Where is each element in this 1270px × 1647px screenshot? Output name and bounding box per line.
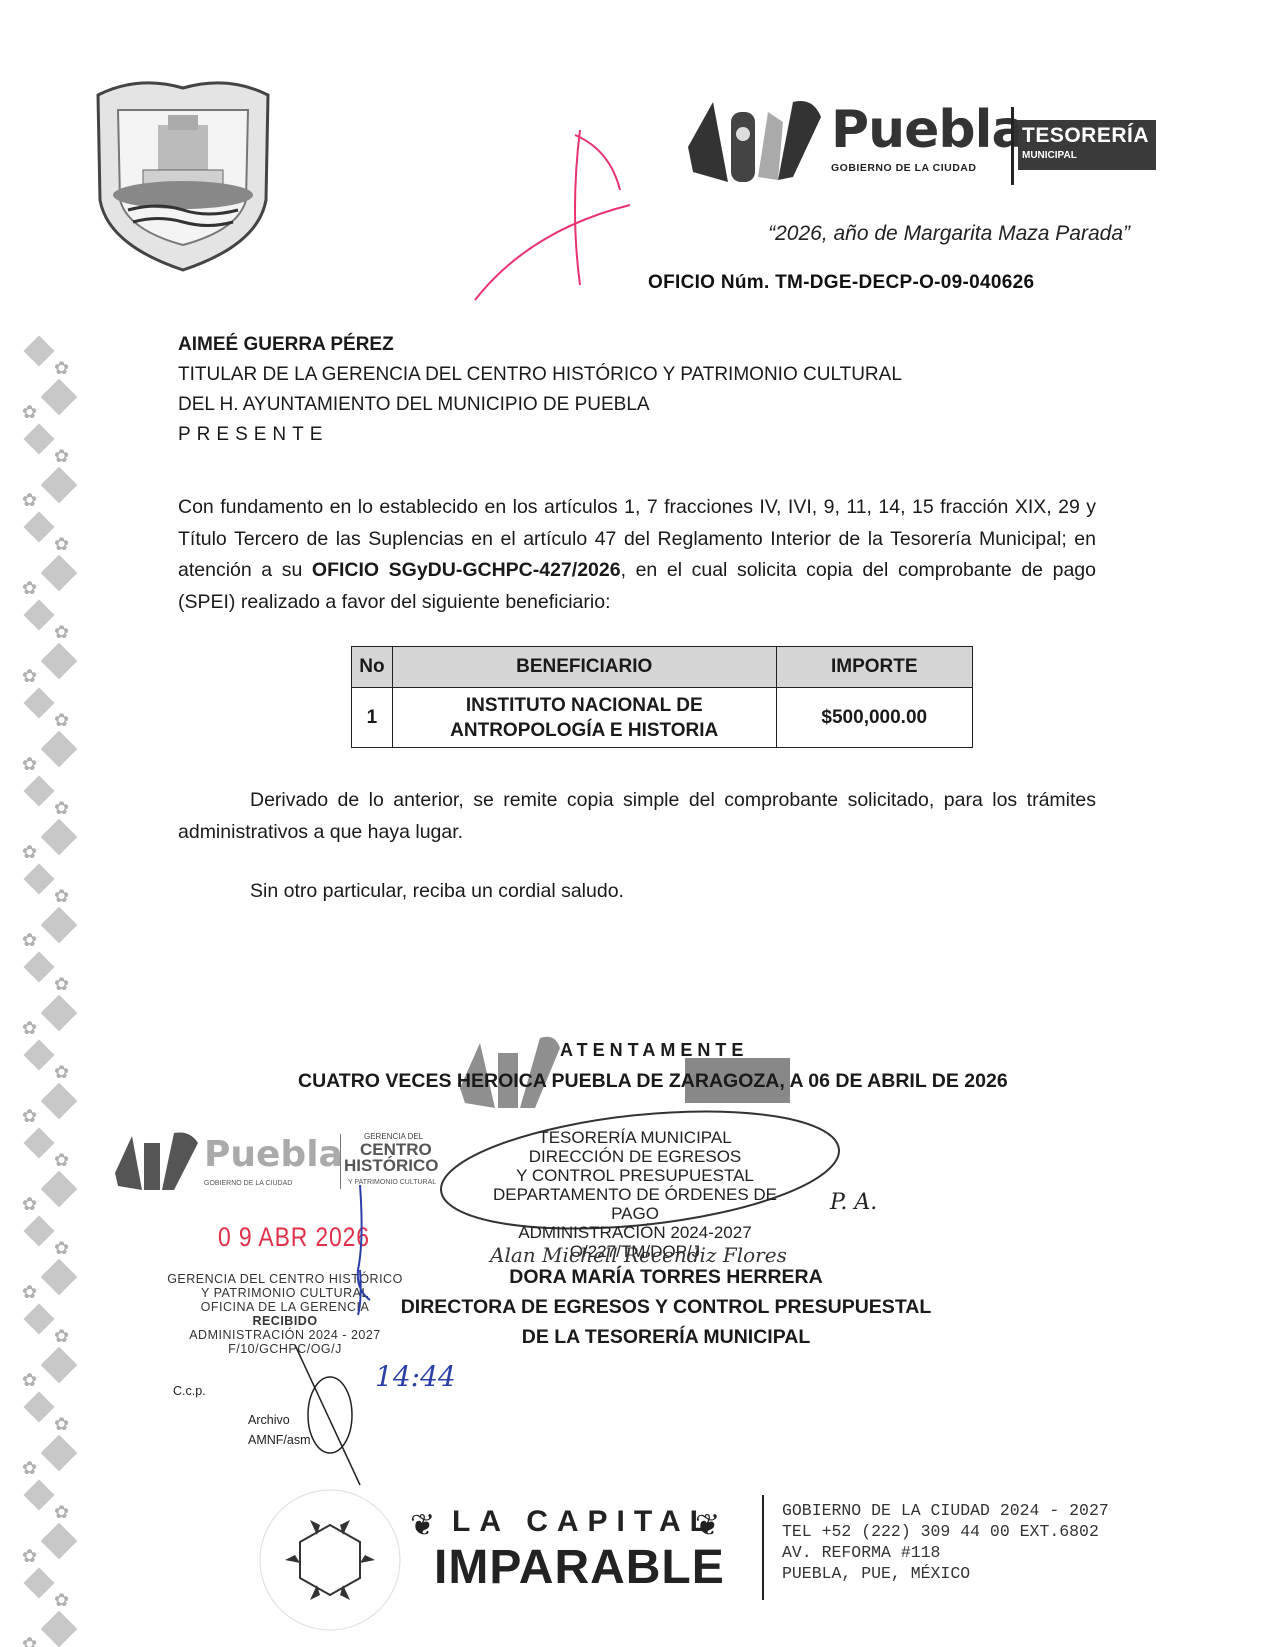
ccp-label: C.c.p. bbox=[173, 1384, 206, 1398]
puebla-city-emblem-icon bbox=[683, 92, 823, 187]
ornament-leaf-icon: ✿ bbox=[54, 534, 69, 555]
beneficiario-line1: INSTITUTO NACIONAL DE bbox=[393, 693, 776, 718]
footer-address: GOBIERNO DE LA CIUDAD 2024 - 2027 TEL +5… bbox=[782, 1500, 1109, 1584]
egresos-stamp-line: TESORERÍA MUNICIPAL bbox=[470, 1128, 800, 1147]
beneficiario-line2: ANTROPOLOGÍA E HISTORIA bbox=[393, 718, 776, 743]
slogan-line1: LA CAPITAL bbox=[452, 1505, 717, 1539]
ornament-diamond bbox=[23, 423, 54, 454]
ornament-diamond bbox=[41, 1435, 78, 1472]
logo-divider bbox=[1011, 107, 1014, 185]
column-header-beneficiario: BENEFICIARIO bbox=[392, 647, 776, 688]
ornament-diamond bbox=[23, 687, 54, 718]
puebla-emblem-icon bbox=[112, 1128, 202, 1193]
recipient-title-line1: TITULAR DE LA GERENCIA DEL CENTRO HISTÓR… bbox=[178, 360, 902, 390]
ornament-leaf-icon: ✿ bbox=[54, 1590, 69, 1611]
ornament-diamond bbox=[41, 1523, 78, 1560]
egresos-stamp-line: Y CONTROL PRESUPUESTAL bbox=[470, 1166, 800, 1185]
ornament-leaf-icon: ✿ bbox=[22, 1106, 37, 1127]
egresos-stamp-line: DIRECCIÓN DE EGRESOS bbox=[470, 1147, 800, 1166]
ornament-diamond bbox=[23, 775, 54, 806]
ornament-diamond bbox=[41, 467, 78, 504]
beneficiary-table: No BENEFICIARIO IMPORTE 1 INSTITUTO NACI… bbox=[351, 646, 973, 748]
ornament-diamond bbox=[41, 819, 78, 856]
municipal-seal-icon bbox=[88, 70, 278, 275]
ornament-leaf-icon: ✿ bbox=[22, 842, 37, 863]
norma-igualdad-seal-icon: Norma Mexicana en Igualdad Laboral y No … bbox=[255, 1485, 405, 1635]
egresos-stamp-line: DEPARTAMENTO DE ÓRDENES DE PAGO bbox=[470, 1185, 800, 1223]
left-wing-icon: ❦ bbox=[410, 1508, 435, 1543]
referenced-oficio: OFICIO SGyDU-GCHPC-427/2026 bbox=[312, 559, 621, 581]
ornament-leaf-icon: ✿ bbox=[22, 1634, 37, 1647]
signer-title-line1: DIRECTORA DE EGRESOS Y CONTROL PRESUPUES… bbox=[396, 1292, 936, 1322]
ornament-diamond bbox=[23, 1127, 54, 1158]
logo-subtitle: GOBIERNO DE LA CIUDAD bbox=[831, 162, 976, 174]
column-header-importe: IMPORTE bbox=[776, 647, 972, 688]
footer-address-line: TEL +52 (222) 309 44 00 EXT.6802 bbox=[782, 1521, 1109, 1542]
ornament-diamond bbox=[23, 1479, 54, 1510]
ornament-leaf-icon: ✿ bbox=[54, 1150, 69, 1171]
recipient-title-line2: DEL H. AYUNTAMIENTO DEL MUNICIPIO DE PUE… bbox=[178, 390, 902, 420]
ornament-diamond bbox=[41, 1083, 78, 1120]
ornament-diamond bbox=[23, 1391, 54, 1422]
ornament-diamond bbox=[23, 1303, 54, 1334]
recipient-block: AIMEÉ GUERRA PÉREZ TITULAR DE LA GERENCI… bbox=[178, 330, 902, 450]
pa-note: P. A. bbox=[830, 1190, 877, 1215]
ornament-diamond bbox=[23, 1567, 54, 1598]
decorative-border: ✿✿✿✿✿✿✿✿✿✿✿✿✿✿✿✿✿✿✿✿✿✿✿✿✿✿✿✿✿✿ bbox=[18, 340, 74, 1640]
tesoreria-label: TESORERÍA bbox=[1022, 124, 1149, 148]
year-motto: “2026, año de Margarita Maza Parada” bbox=[768, 222, 1130, 246]
recipient-name: AIMEÉ GUERRA PÉREZ bbox=[178, 330, 902, 360]
ornament-diamond bbox=[41, 1171, 78, 1208]
ornament-leaf-icon: ✿ bbox=[54, 1326, 69, 1347]
cell-beneficiario: INSTITUTO NACIONAL DE ANTROPOLOGÍA E HIS… bbox=[392, 688, 776, 748]
ornament-leaf-icon: ✿ bbox=[54, 974, 69, 995]
footer-address-line: PUEBLA, PUE, MÉXICO bbox=[782, 1563, 1109, 1584]
ornament-leaf-icon: ✿ bbox=[22, 1370, 37, 1391]
ornament-leaf-icon: ✿ bbox=[54, 622, 69, 643]
ornament-diamond bbox=[23, 1039, 54, 1070]
table-header-row: No BENEFICIARIO IMPORTE bbox=[352, 647, 973, 688]
ornament-diamond bbox=[23, 863, 54, 894]
blue-ink-stroke bbox=[350, 1180, 390, 1320]
ornament-leaf-icon: ✿ bbox=[54, 886, 69, 907]
ornament-leaf-icon: ✿ bbox=[22, 402, 37, 423]
intro-paragraph: Con fundamento en lo establecido en los … bbox=[178, 492, 1096, 618]
ornament-leaf-icon: ✿ bbox=[54, 358, 69, 379]
footer-address-line: AV. REFORMA #118 bbox=[782, 1542, 1109, 1563]
ornament-leaf-icon: ✿ bbox=[22, 666, 37, 687]
la-capital-imparable-logo: ❦ LA CAPITAL ❦ IMPARABLE bbox=[410, 1500, 740, 1600]
ornament-leaf-icon: ✿ bbox=[54, 798, 69, 819]
remittance-paragraph: Derivado de lo anterior, se remite copia… bbox=[178, 785, 1096, 848]
ornament-diamond bbox=[41, 1611, 78, 1647]
gerencia-logo-wordmark: Puebla bbox=[204, 1134, 343, 1175]
egresos-stamp-line: ADMINISTRACIÓN 2024-2027 bbox=[470, 1223, 800, 1242]
ornament-leaf-icon: ✿ bbox=[54, 446, 69, 467]
logo-wordmark: Puebla bbox=[831, 100, 1026, 160]
puebla-tesoreria-logo: Puebla GOBIERNO DE LA CIUDAD TESORERÍA M… bbox=[683, 92, 1153, 187]
column-header-no: No bbox=[352, 647, 393, 688]
ornament-diamond bbox=[41, 995, 78, 1032]
ornament-diamond bbox=[23, 1215, 54, 1246]
ornament-leaf-icon: ✿ bbox=[22, 1194, 37, 1215]
ornament-diamond bbox=[23, 599, 54, 630]
signer-title-line2: DE LA TESORERÍA MUNICIPAL bbox=[396, 1322, 936, 1352]
slogan-line2: IMPARABLE bbox=[434, 1540, 725, 1595]
ornament-diamond bbox=[23, 511, 54, 542]
cell-no: 1 bbox=[352, 688, 393, 748]
ornament-leaf-icon: ✿ bbox=[22, 1458, 37, 1479]
ornament-leaf-icon: ✿ bbox=[22, 930, 37, 951]
ornament-diamond bbox=[23, 335, 54, 366]
egresos-stamp: TESORERÍA MUNICIPAL DIRECCIÓN DE EGRESOS… bbox=[470, 1128, 800, 1261]
footer-divider bbox=[762, 1495, 764, 1600]
ornament-leaf-icon: ✿ bbox=[54, 1238, 69, 1259]
ornament-leaf-icon: ✿ bbox=[54, 1414, 69, 1435]
ornament-diamond bbox=[23, 951, 54, 982]
received-date-stamp: 0 9 ABR 2026 bbox=[218, 1222, 370, 1253]
atentamente-label: ATENTAMENTE bbox=[560, 1040, 748, 1061]
ornament-diamond bbox=[41, 1347, 78, 1384]
ornament-diamond bbox=[41, 731, 78, 768]
initials-scribble bbox=[290, 1340, 370, 1490]
ornament-leaf-icon: ✿ bbox=[54, 1502, 69, 1523]
ornament-leaf-icon: ✿ bbox=[54, 1062, 69, 1083]
table-row: 1 INSTITUTO NACIONAL DE ANTROPOLOGÍA E H… bbox=[352, 688, 973, 748]
ornament-diamond bbox=[41, 1259, 78, 1296]
closing-paragraph: Sin otro particular, reciba un cordial s… bbox=[178, 876, 1096, 908]
gerencia-logo-divider bbox=[340, 1134, 341, 1189]
gerencia-centro-historico-logo: Puebla GOBIERNO DE LA CIUDAD GERENCIA DE… bbox=[112, 1128, 462, 1198]
ornament-leaf-icon: ✿ bbox=[22, 754, 37, 775]
signer-block: DORA MARÍA TORRES HERRERA DIRECTORA DE E… bbox=[396, 1262, 936, 1352]
handwritten-initial-mark bbox=[470, 110, 670, 310]
received-line: F/10/GCHPC/OG/J bbox=[160, 1342, 410, 1356]
presente-label: PRESENTE bbox=[178, 420, 902, 450]
municipal-label: MUNICIPAL bbox=[1022, 150, 1077, 161]
ornament-diamond bbox=[41, 555, 78, 592]
cell-importe: $500,000.00 bbox=[776, 688, 972, 748]
ornament-leaf-icon: ✿ bbox=[22, 1018, 37, 1039]
ornament-diamond bbox=[41, 907, 78, 944]
ornament-leaf-icon: ✿ bbox=[22, 578, 37, 599]
ornament-leaf-icon: ✿ bbox=[54, 710, 69, 731]
ornament-diamond bbox=[41, 643, 78, 680]
received-time: 14:44 bbox=[375, 1360, 456, 1393]
ornament-leaf-icon: ✿ bbox=[22, 1546, 37, 1567]
ornament-leaf-icon: ✿ bbox=[22, 490, 37, 511]
gerencia-logo-subtitle: GOBIERNO DE LA CIUDAD bbox=[204, 1180, 292, 1187]
ornament-leaf-icon: ✿ bbox=[22, 1282, 37, 1303]
ornament-diamond bbox=[41, 379, 78, 416]
right-wing-icon: ❦ bbox=[695, 1508, 720, 1543]
oficio-number: OFICIO Núm. TM-DGE-DECP-O-09-040626 bbox=[648, 272, 1034, 294]
received-line: ADMINISTRACIÓN 2024 - 2027 bbox=[160, 1328, 410, 1342]
footer-address-line: GOBIERNO DE LA CIUDAD 2024 - 2027 bbox=[782, 1500, 1109, 1521]
tesoreria-badge: TESORERÍA MUNICIPAL bbox=[1018, 120, 1156, 170]
signer-name: DORA MARÍA TORRES HERRERA bbox=[396, 1262, 936, 1292]
place-and-date: CUATRO VECES HEROICA PUEBLA DE ZARAGOZA,… bbox=[298, 1070, 1008, 1093]
